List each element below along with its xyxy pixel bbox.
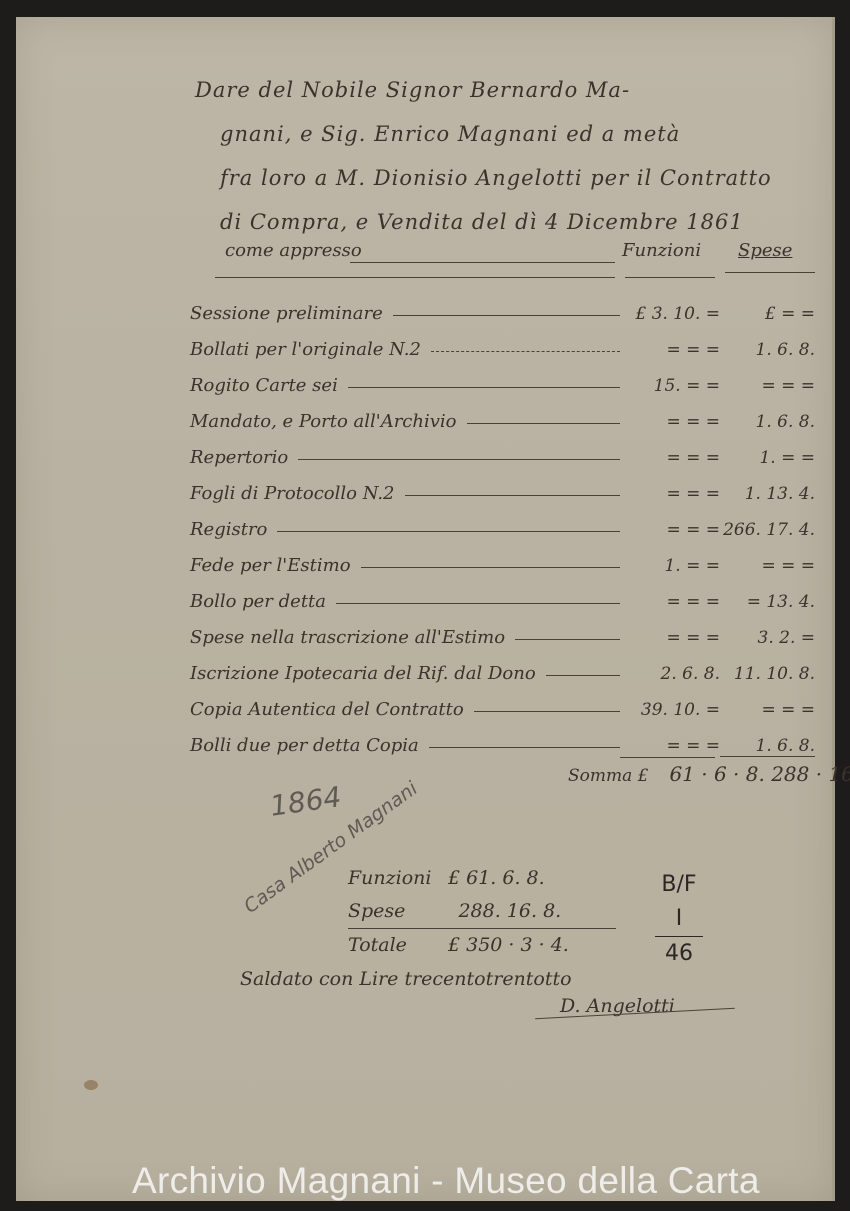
row-spese: 1. 13. 4.: [720, 484, 815, 504]
row-funzioni: 15. = =: [628, 376, 720, 396]
heading-line: Dare del Nobile Signor Bernardo Ma-: [195, 68, 815, 112]
heading-line: fra loro a M. Dionisio Angelotti per il …: [195, 156, 815, 200]
row-label: Iscrizione Ipotecaria del Rif. dal Dono: [190, 663, 536, 684]
row-label: Rogito Carte sei: [190, 375, 338, 396]
ledger-row: Registro = = = 266. 17. 4.: [190, 506, 815, 540]
shelfmark-bottom: 46: [655, 937, 703, 971]
ledger-row: Copia Autentica del Contratto 39. 10. = …: [190, 686, 815, 720]
row-funzioni: = = =: [628, 628, 720, 648]
ledger-row: Iscrizione Ipotecaria del Rif. dal Dono …: [190, 650, 815, 684]
document-heading: Dare del Nobile Signor Bernardo Ma- gnan…: [195, 68, 815, 244]
summa-row: Somma £ 61 · 6 · 8. 288 · 16 · 8.: [568, 762, 850, 786]
row-funzioni: = = =: [628, 448, 720, 468]
sum-rule: [620, 757, 715, 758]
totals-label: Totale: [348, 929, 448, 962]
row-funzioni: = = =: [628, 340, 720, 360]
totals-row: Spese 288. 16. 8.: [348, 895, 616, 929]
shelfmark-middle: I: [655, 902, 703, 936]
row-spese: 1. = =: [720, 448, 815, 468]
ledger-row: Fogli di Protocollo N.2 = = = 1. 13. 4.: [190, 470, 815, 504]
ink-stain: [84, 1080, 98, 1090]
row-funzioni: = = =: [628, 484, 720, 504]
row-spese: = 13. 4.: [720, 592, 815, 612]
row-spese: 3. 2. =: [720, 628, 815, 648]
row-label: Fogli di Protocollo N.2: [190, 483, 395, 504]
row-funzioni: £ 3. 10. =: [628, 304, 720, 324]
ledger-row: Fede per l'Estimo 1. = = = = =: [190, 542, 815, 576]
row-label: Bollo per detta: [190, 591, 326, 612]
row-funzioni: 39. 10. =: [628, 700, 720, 720]
row-spese: 1. 6. 8.: [720, 340, 815, 360]
row-label: Bolli due per detta Copia: [190, 735, 419, 756]
ledger-row: Sessione preliminare £ 3. 10. = £ = =: [190, 290, 815, 324]
totals-value: £ 61. 6. 8.: [448, 862, 608, 895]
totals-value: £ 350 · 3 · 4.: [448, 929, 608, 962]
row-funzioni: = = =: [628, 736, 720, 756]
row-funzioni: = = =: [628, 412, 720, 432]
totals-label: Funzioni: [348, 862, 448, 895]
row-label: Mandato, e Porto all'Archivio: [190, 411, 457, 432]
summa-spese: 288 · 16 · 8.: [771, 762, 850, 786]
row-spese: = = =: [720, 556, 815, 576]
row-funzioni: = = =: [628, 592, 720, 612]
signature: D. Angelotti: [560, 995, 675, 1017]
row-spese: 11. 10. 8.: [720, 664, 815, 684]
column-header-funzioni: Funzioni: [622, 240, 701, 261]
summa-funzioni: 61 · 6 · 8.: [655, 762, 765, 786]
ledger-row: Spese nella trascrizione all'Estimo = = …: [190, 614, 815, 648]
watermark: Archivio Magnani - Museo della Carta: [132, 1160, 760, 1202]
divider: [625, 277, 715, 278]
divider: [350, 262, 615, 263]
row-spese: = = =: [720, 700, 815, 720]
ledger-row: Bollati per l'originale N.2 = = = 1. 6. …: [190, 326, 815, 360]
row-spese: = = =: [720, 376, 815, 396]
totals-row: Totale £ 350 · 3 · 4.: [348, 929, 616, 962]
row-label: Spese nella trascrizione all'Estimo: [190, 627, 505, 648]
row-spese: 1. 6. 8.: [720, 412, 815, 432]
totals-row: Funzioni £ 61. 6. 8.: [348, 862, 616, 895]
column-header-spese: Spese: [738, 240, 792, 261]
summa-label: Somma £: [568, 766, 648, 786]
row-spese: 266. 17. 4.: [720, 520, 815, 540]
sum-rule: [720, 756, 815, 757]
shelfmark-top: B/F: [655, 868, 703, 902]
ledger-row: Mandato, e Porto all'Archivio = = = 1. 6…: [190, 398, 815, 432]
ledger-row: Bolli due per detta Copia = = = 1. 6. 8.: [190, 722, 815, 756]
row-label: Repertorio: [190, 447, 288, 468]
row-funzioni: 1. = =: [628, 556, 720, 576]
totals-value: 288. 16. 8.: [446, 895, 616, 928]
heading-line: gnani, e Sig. Enrico Magnani ed a metà: [195, 112, 815, 156]
row-label: Fede per l'Estimo: [190, 555, 351, 576]
heading-line: di Compra, e Vendita del dì 4 Dicembre 1…: [195, 200, 815, 244]
row-funzioni: 2. 6. 8.: [628, 664, 720, 684]
divider: [215, 277, 615, 278]
ledger-row: Bollo per detta = = = = 13. 4.: [190, 578, 815, 612]
divider: [725, 272, 815, 273]
ledger-row: Rogito Carte sei 15. = = = = =: [190, 362, 815, 396]
row-label: Registro: [190, 519, 267, 540]
totals-label: Spese: [348, 895, 446, 928]
row-spese: 1. 6. 8.: [720, 736, 815, 756]
row-label: Copia Autentica del Contratto: [190, 699, 464, 720]
ledger-row: Repertorio = = = 1. = =: [190, 434, 815, 468]
totals-block: Funzioni £ 61. 6. 8. Spese 288. 16. 8. T…: [348, 862, 616, 962]
row-funzioni: = = =: [628, 520, 720, 540]
shelfmark: B/F I 46: [655, 868, 703, 971]
receipt-note: Saldato con Lire trecentotrentotto: [240, 968, 572, 990]
row-label: Sessione preliminare: [190, 303, 383, 324]
row-spese: £ = =: [720, 304, 815, 324]
column-intro: come appresso: [225, 240, 362, 261]
row-label: Bollati per l'originale N.2: [190, 339, 421, 360]
